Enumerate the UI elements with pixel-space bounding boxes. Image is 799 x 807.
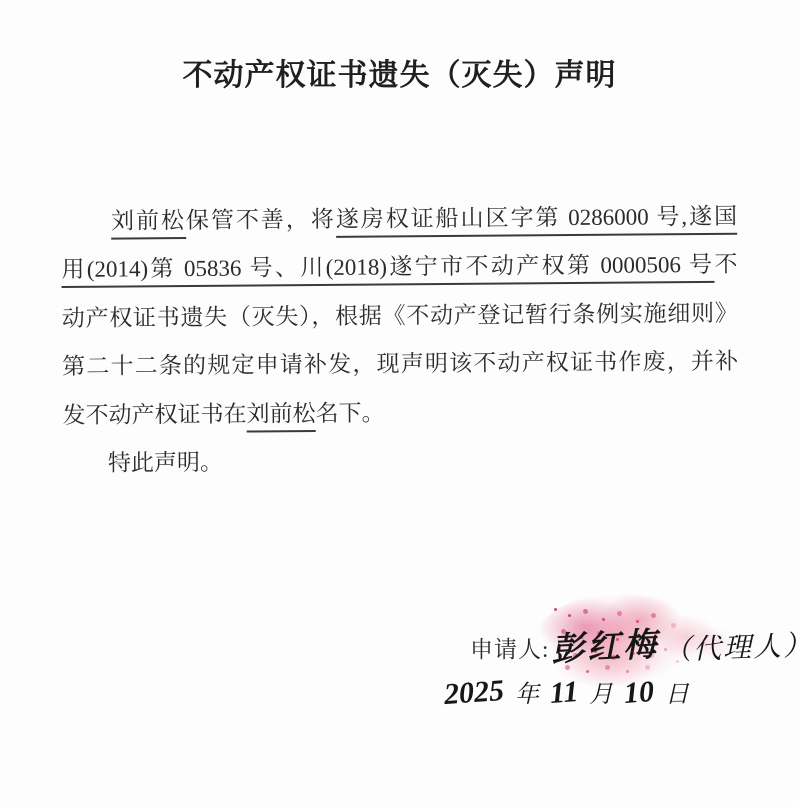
- paragraph-line: 第二十二条的规定申请补发，现声明该不动产权证书作废，并补: [62, 338, 738, 392]
- text-segment: 名下。: [315, 400, 384, 426]
- underlined-holder-name: 刘前松: [246, 401, 315, 433]
- underlined-certificate-number: 遂房权证船山区字第 0286000 号,遂国: [336, 204, 738, 238]
- date-line: 2025 年 11 月 10 日: [444, 674, 689, 710]
- paragraph-line: 发不动产权证书在刘前松名下。: [62, 386, 738, 440]
- paragraph-line: 用(2014)第 05836 号、川(2018)遂宁市不动产权第 0000506…: [61, 241, 737, 295]
- date-year-unit: 年: [515, 674, 540, 709]
- date-month-unit: 月: [589, 674, 614, 709]
- paragraph-line: 动产权证书遗失（灭失），根据《不动产登记暂行条例实施细则》: [62, 289, 738, 343]
- applicant-handwritten-signature: 彭红梅: [550, 618, 660, 671]
- underlined-holder-name: 刘前松: [111, 208, 186, 240]
- text-segment: 第二十二条的规定申请补发，现声明该不动产权证书作废，并补: [62, 349, 738, 379]
- applicant-label: 申请人:: [470, 631, 549, 664]
- text-segment: 特此声明。: [108, 450, 223, 476]
- signature-block: 申请人: 彭红梅 （代理人）: [470, 620, 799, 667]
- date-day: 10: [623, 675, 655, 711]
- date-month: 11: [549, 675, 580, 711]
- declaration-paragraph: 刘前松保管不善，将遂房权证船山区字第 0286000 号,遂国 用(2014)第…: [61, 193, 739, 489]
- paragraph-line: 刘前松保管不善，将遂房权证船山区字第 0286000 号,遂国: [61, 193, 737, 247]
- text-segment: 发不动产权证书在: [62, 401, 246, 427]
- document-title: 不动产权证书遗失（灭失）声明: [0, 50, 799, 94]
- scanned-declaration-page: 不动产权证书遗失（灭失）声明 刘前松保管不善，将遂房权证船山区字第 028600…: [0, 0, 799, 807]
- text-segment: 保管不善，将: [186, 207, 336, 233]
- underlined-certificate-number: 用(2014)第 05836 号、川(2018)遂宁市不动产权第 0000506…: [61, 252, 714, 288]
- text-segment: 不: [714, 252, 737, 277]
- date-year: 2025: [443, 674, 505, 712]
- agent-role-note: （代理人）: [663, 623, 799, 668]
- date-day-unit: 日: [665, 674, 690, 709]
- closing-statement-line: 特此声明。: [63, 435, 739, 489]
- text-segment: 动产权证书遗失（灭失），根据《不动产登记暂行条例实施细则》: [62, 300, 738, 330]
